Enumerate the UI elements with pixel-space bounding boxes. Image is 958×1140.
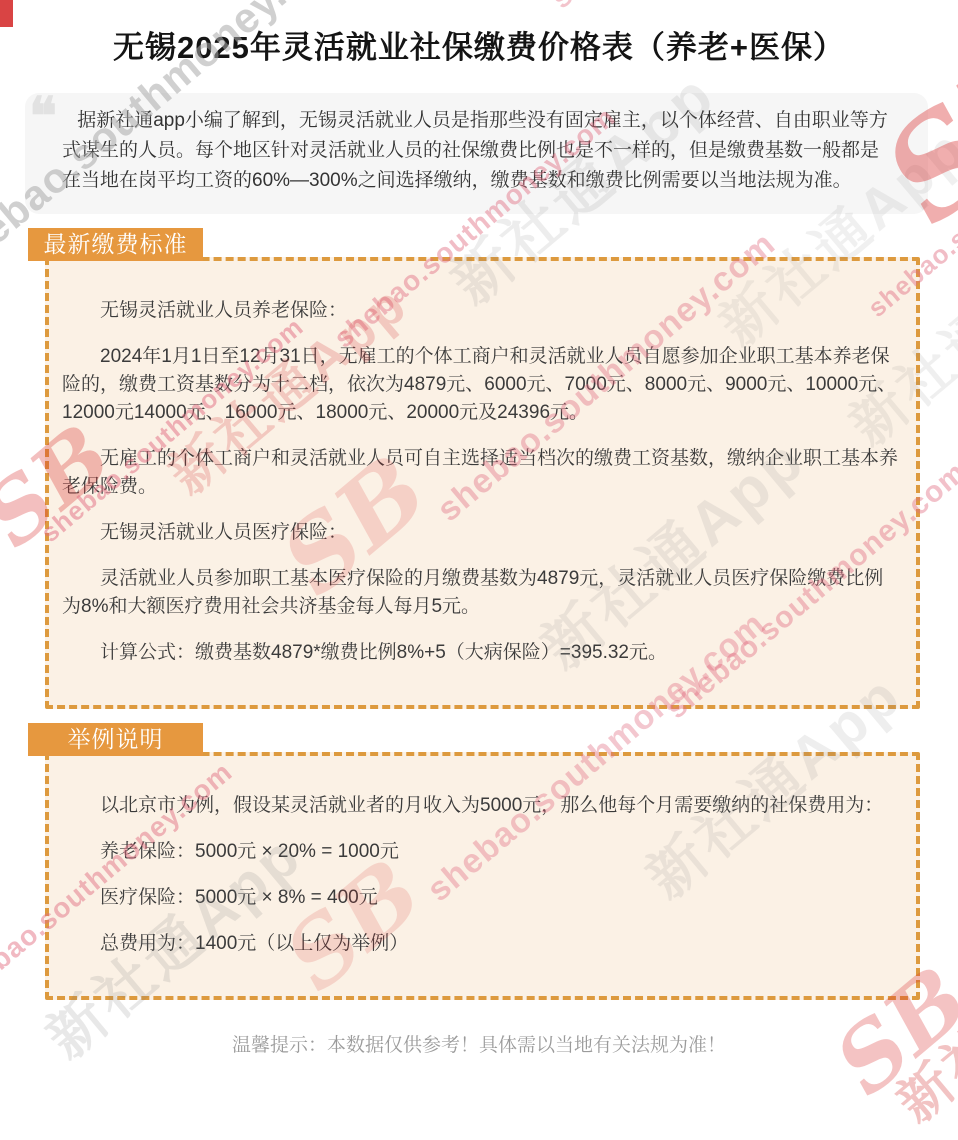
- section-box-latest-standard: 无锡灵活就业人员养老保险： 2024年1月1日至12月31日，无雇工的个体工商户…: [45, 257, 920, 709]
- paragraph-pension-bases: 2024年1月1日至12月31日，无雇工的个体工商户和灵活就业人员自愿参加企业职…: [62, 343, 901, 427]
- paragraph-example-total: 总费用为：1400元（以上仅为举例）: [62, 930, 901, 958]
- quote-icon: ❝: [29, 91, 57, 143]
- paragraph-medical-detail: 灵活就业人员参加职工基本医疗保险的月缴费基数为4879元，灵活就业人员医疗保险缴…: [62, 565, 901, 621]
- intro-text: 据新社通app小编了解到，无锡灵活就业人员是指那些没有固定雇主，以个体经营、自由…: [62, 106, 896, 196]
- section-box-example: 以北京市为例，假设某灵活就业者的月收入为5000元，那么他每个月需要缴纳的社保费…: [45, 752, 920, 1000]
- paragraph-example-pension: 养老保险：5000元 × 20% = 1000元: [62, 838, 901, 866]
- paragraph-pension-heading: 无锡灵活就业人员养老保险：: [62, 297, 901, 325]
- paragraph-example-medical: 医疗保险：5000元 × 8% = 400元: [62, 884, 901, 912]
- section-latest-standard: 最新缴费标准 无锡灵活就业人员养老保险： 2024年1月1日至12月31日，无雇…: [0, 228, 958, 709]
- paragraph-pension-choice: 无雇工的个体工商户和灵活就业人员可自主选择适当档次的缴费工资基数，缴纳企业职工基…: [62, 445, 901, 501]
- footer-note: 温馨提示：本数据仅供参考！具体需以当地有关法规为准！: [0, 1030, 958, 1057]
- paragraph-formula: 计算公式：缴费基数4879*缴费比例8%+5（大病保险）=395.32元。: [62, 639, 901, 667]
- intro-card: ❝ 据新社通app小编了解到，无锡灵活就业人员是指那些没有固定雇主，以个体经营、…: [25, 93, 928, 214]
- page: shebao.southmoney.com 新社通App shebao.sout…: [0, 0, 958, 1140]
- section-label-latest-standard: 最新缴费标准: [28, 228, 203, 261]
- page-title: 无锡2025年灵活就业社保缴费价格表（养老+医保）: [0, 0, 958, 67]
- paragraph-example-intro: 以北京市为例，假设某灵活就业者的月收入为5000元，那么他每个月需要缴纳的社保费…: [62, 792, 901, 820]
- section-example: 举例说明 以北京市为例，假设某灵活就业者的月收入为5000元，那么他每个月需要缴…: [0, 723, 958, 1000]
- paragraph-medical-heading: 无锡灵活就业人员医疗保险：: [62, 519, 901, 547]
- section-label-example: 举例说明: [28, 723, 203, 756]
